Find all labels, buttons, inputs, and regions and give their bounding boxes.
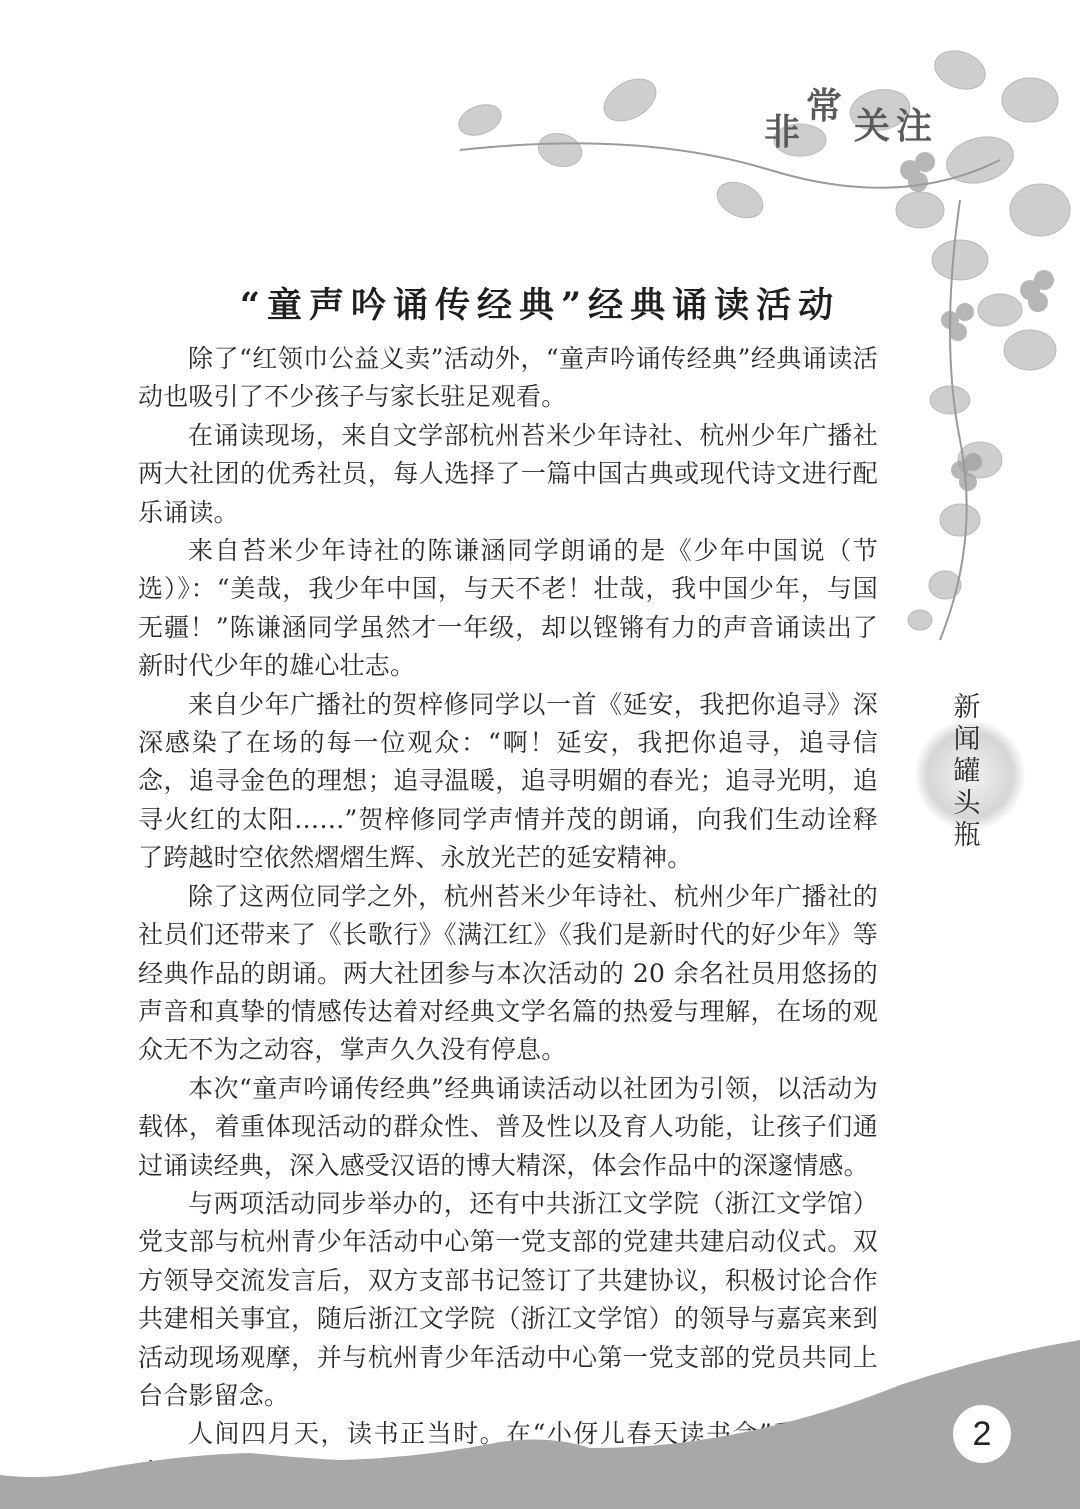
paragraph: 来自少年广播社的贺梓修同学以一首《延安，我把你追寻》深深感染了在场的每一位观众：… xyxy=(138,686,878,878)
column-label-char: 罐 xyxy=(937,756,997,788)
column-label-char: 瓶 xyxy=(937,820,997,852)
section-badge-char: 关 xyxy=(854,98,890,149)
column-label-char: 闻 xyxy=(937,724,997,756)
paragraph: 本次“童声吟诵传经典”经典诵读活动以社团为引领，以活动为载体，着重体现活动的群众… xyxy=(138,1070,878,1185)
section-badge-char: 非 xyxy=(764,104,800,155)
paragraph: 除了“红领巾公益义卖”活动外，“童声吟诵传经典”经典诵读活动也吸引了不少孩子与家… xyxy=(138,340,878,417)
column-label: 新 闻 罐 头 瓶 xyxy=(915,680,1035,860)
paragraph: 在诵读现场，来自文学部杭州苔米少年诗社、杭州少年广播社两大社团的优秀社员，每人选… xyxy=(138,417,878,532)
paragraph: 来自苔米少年诗社的陈谦涵同学朗诵的是《少年中国说（节选）》：“美哉，我少年中国，… xyxy=(138,532,878,686)
article-title: “童声吟诵传经典”经典诵读活动 xyxy=(0,278,1080,328)
page-number: 2 xyxy=(953,1405,1011,1463)
footer-wave-decoration xyxy=(0,1340,1080,1509)
column-label-char: 新 xyxy=(937,692,997,724)
section-badge-char: 常 xyxy=(806,78,842,129)
paragraph: 除了这两位同学之外，杭州苔米少年诗社、杭州少年广播社的社员们还带来了《长歌行》《… xyxy=(138,878,878,1070)
section-badge-char: 注 xyxy=(896,98,932,149)
article-body: 除了“红领巾公益义卖”活动外，“童声吟诵传经典”经典诵读活动也吸引了不少孩子与家… xyxy=(138,340,878,1492)
column-label-text: 新 闻 罐 头 瓶 xyxy=(937,692,997,852)
section-badge: 非 常 关 注 xyxy=(760,80,940,150)
column-label-char: 头 xyxy=(937,788,997,820)
